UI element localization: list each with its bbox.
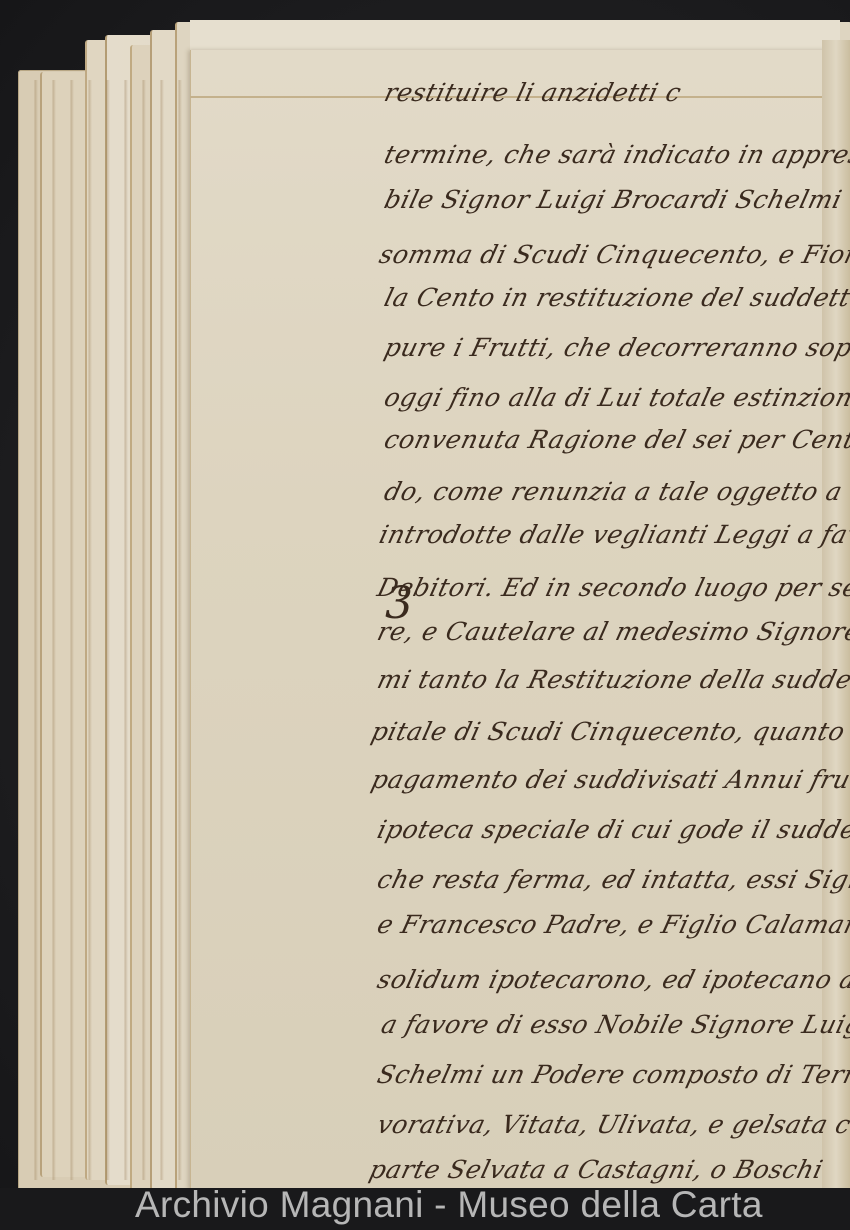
handwritten-line: mi tanto la Restituzione della suddetta — [374, 665, 850, 694]
handwritten-line: a favore di esso Nobile Signore Luigi — [378, 1010, 850, 1039]
handwritten-line: e Francesco Padre, e Figlio Calamari in … — [374, 910, 850, 939]
handwritten-line: pure i Frutti, che decorreranno sopra di — [381, 333, 850, 362]
handwritten-line: bile Signor Luigi Brocardi Schelmi — [381, 185, 845, 214]
handwritten-line: convenuta Ragione del sei per Cento l'An… — [381, 425, 850, 454]
handwritten-line: pagamento dei suddivisati Annui fru — [368, 765, 850, 794]
handwritten-line: re, e Cautelare al medesimo Signore Broc — [374, 617, 850, 646]
handwritten-line: ipoteca speciale di cui gode il suddetto — [374, 815, 850, 844]
handwritten-line: termine, che sarà indicato in appresso a — [381, 140, 850, 169]
handwritten-line: restituire li anzidetti c — [381, 78, 684, 107]
handwritten-line: introdotte dalle veglianti Leggi a favor… — [376, 520, 850, 549]
margin-flourish-mark: 3 — [385, 578, 413, 629]
handwritten-line: oggi fino alla di Lui totale estinzione — [381, 383, 850, 412]
handwritten-line: solidum ipotecarono, ed ipotecano ancora… — [374, 965, 850, 994]
handwritten-line: la Cento in restituzione del suddetto Ca… — [381, 283, 850, 312]
archive-watermark: Archivio Magnani - Museo della Carta — [135, 1180, 850, 1230]
handwritten-line: vorativa, Vitata, Ulivata, e gelsata con… — [374, 1110, 850, 1139]
handwritten-line: somma di Scudi Cinquecento, e Fiori — [376, 240, 850, 269]
handwritten-line: pitale di Scudi Cinquecento, quanto il — [368, 717, 850, 746]
handwritten-line: Debitori. Ed in secondo luogo per sempre… — [374, 573, 850, 602]
handwritten-line: che resta ferma, ed intatta, essi Signor… — [374, 865, 850, 894]
handwritten-line: do, come renunzia a tale oggetto a tutte — [381, 477, 850, 506]
handwritten-line: Schelmi un Podere composto di Terra in — [374, 1060, 850, 1089]
